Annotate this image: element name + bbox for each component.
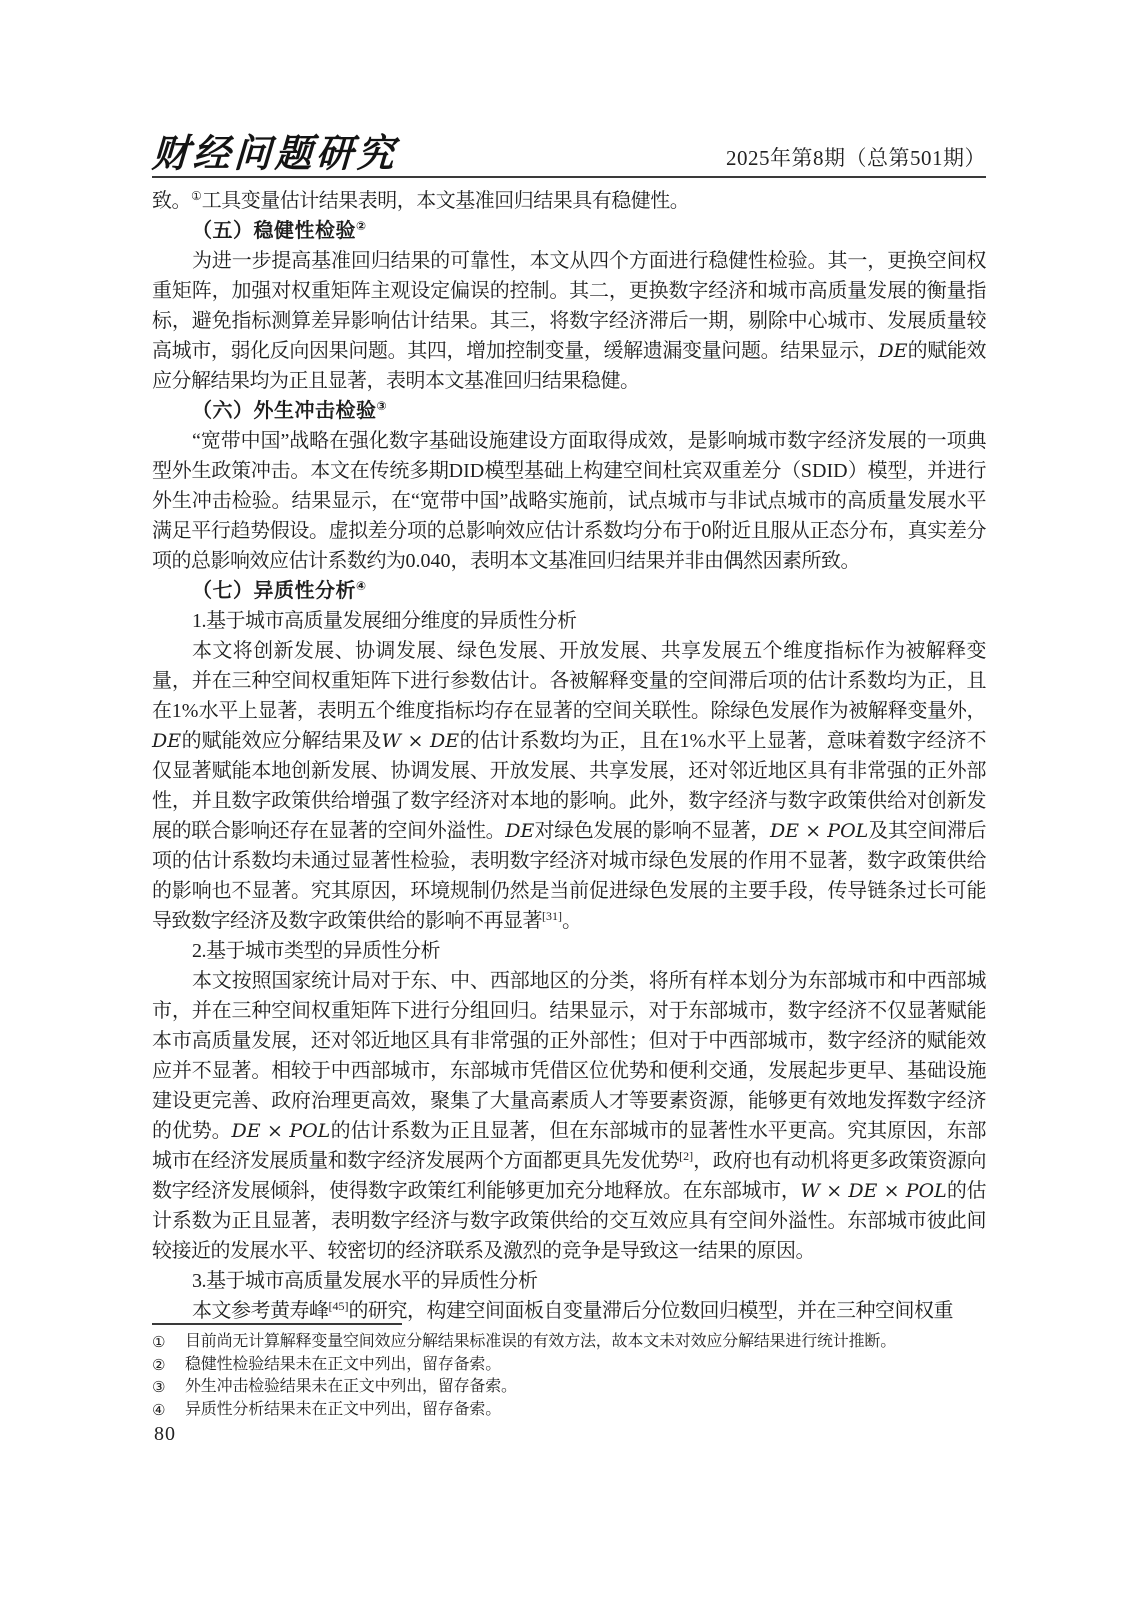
footnote-marker: ② [152,1354,172,1377]
article-subheading: 2.基于城市类型的异质性分析 [152,936,986,966]
journal-logo: 财经问题研究 [151,134,399,172]
math-variable: DE [878,340,907,362]
body-text: 3.基于城市高质量发展水平的异质性分析 [192,1270,538,1292]
issue-info: 2025年第8期（总第501期） [726,148,986,169]
footnote-reference-marker: ① [191,189,202,203]
body-text: （七）异质性分析 [192,580,356,602]
article-body: 致。①工具变量估计结果表明，本文基准回归结果具有稳健性。（五）稳健性检验②为进一… [152,186,986,1326]
latin-text: 1% [679,730,706,752]
header-divider [152,176,986,178]
footnote-item: ③外生冲击检验结果未在正文中列出，留存备索。 [152,1376,997,1399]
body-text: 的估计系数均为正，且在 [459,730,679,752]
journal-header: 财经问题研究 2025年第8期（总第501期） [152,126,986,174]
journal-page: 财经问题研究 2025年第8期（总第501期） 致。①工具变量估计结果表明，本文… [0,0,1140,1600]
body-text: 为进一步提高基准回归结果的可靠性，本文从四个方面进行稳健性检验。其一，更换空间权… [152,250,986,362]
math-variable: DE × POL [231,1120,330,1142]
body-text: 工具变量估计结果表明，本文基准回归结果具有稳健性。 [202,190,690,212]
article-heading: （五）稳健性检验② [152,216,986,246]
math-variable: W × DE [382,730,460,752]
latin-text: SDID [801,460,848,482]
latin-text: 0 [701,520,711,542]
article-paragraph: 本文参考黄寿峰[45]的研究，构建空间面板自变量滞后分位数回归模型，并在三种空间… [152,1296,986,1326]
footnote-text: 异质性分析结果未在正文中列出，留存备索。 [185,1399,997,1421]
body-text: （六）外生冲击检验 [192,400,377,422]
body-text: 对绿色发展的影响不显著， [534,820,770,842]
article-continuation: 致。①工具变量估计结果表明，本文基准回归结果具有稳健性。 [152,186,986,216]
body-text: 。 [562,910,582,932]
footnote-text: 外生冲击检验结果未在正文中列出，留存备索。 [185,1376,997,1398]
article-subheading: 1.基于城市高质量发展细分维度的异质性分析 [152,606,986,636]
math-variable: DE [152,730,181,752]
footnote-item: ②稳健性检验结果未在正文中列出，留存备索。 [152,1354,997,1377]
footnote-reference-marker: ③ [377,399,387,413]
body-text: 的研究，构建空间面板自变量滞后分位数回归模型，并在三种空间权重 [349,1300,954,1322]
article-paragraph: 为进一步提高基准回归结果的可靠性，本文从四个方面进行稳健性检验。其一，更换空间权… [152,246,986,396]
footnote-divider [152,1323,402,1325]
latin-text: DID [449,460,485,482]
footnote-reference-marker: ④ [356,579,366,593]
footnote-reference-marker: ② [356,219,366,233]
body-text: 本文参考黄寿峰 [192,1300,329,1322]
footnote-marker: ③ [152,1376,172,1399]
article-subheading: 3.基于城市高质量发展水平的异质性分析 [152,1266,986,1296]
article-paragraph: 本文按照国家统计局对于东、中、西部地区的分类，将所有样本划分为东部城市和中西部城… [152,966,986,1266]
math-variable: W × DE × POL [800,1180,946,1202]
footnote-text: 稳健性检验结果未在正文中列出，留存备索。 [185,1354,997,1376]
page-number: 80 [154,1423,176,1446]
body-text: 模型基础上构建空间杜宾双重差分（ [484,460,801,482]
body-text: 2.基于城市类型的异质性分析 [192,940,440,962]
latin-text: 0.040 [406,550,451,572]
footnote-item: ④异质性分析结果未在正文中列出，留存备索。 [152,1399,997,1422]
body-text: 1.基于城市高质量发展细分维度的异质性分析 [192,610,577,632]
citation-reference-marker: [31] [542,909,562,923]
footnotes-list: ①目前尚无计算解释变量空间效应分解结果标准误的有效方法，故本文未对效应分解结果进… [152,1331,997,1421]
article-heading: （七）异质性分析④ [152,576,986,606]
math-variable: DE [505,820,534,842]
citation-reference-marker: [2] [679,1149,693,1163]
footnote-marker: ④ [152,1399,172,1422]
footnote-text: 目前尚无计算解释变量空间效应分解结果标准误的有效方法，故本文未对效应分解结果进行… [185,1331,997,1353]
footnote-marker: ① [152,1331,172,1354]
math-variable: DE × POL [770,820,868,842]
body-text: 水平上显著，表明五个维度指标均存在显著的空间关联性。除绿色发展作为被解释变量外， [198,700,986,722]
article-paragraph: “宽带中国”战略在强化数字基础设施建设方面取得成效，是影响城市数字经济发展的一项… [152,426,986,576]
article-heading: （六）外生冲击检验③ [152,396,986,426]
body-text: ，表明本文基准回归结果并非由偶然因素所致。 [451,550,861,572]
article-paragraph: 本文将创新发展、协调发展、绿色发展、开放发展、共享发展五个维度指标作为被解释变量… [152,636,986,936]
footnote-item: ①目前尚无计算解释变量空间效应分解结果标准误的有效方法，故本文未对效应分解结果进… [152,1331,997,1354]
body-text: （五）稳健性检验 [192,220,356,242]
latin-text: 1% [172,700,199,722]
citation-reference-marker: [45] [329,1299,349,1313]
body-text: 致。 [152,190,191,212]
body-text: 本文按照国家统计局对于东、中、西部地区的分类，将所有样本划分为东部城市和中西部城… [152,970,986,1142]
body-text: 的赋能效应分解结果及 [181,730,381,752]
